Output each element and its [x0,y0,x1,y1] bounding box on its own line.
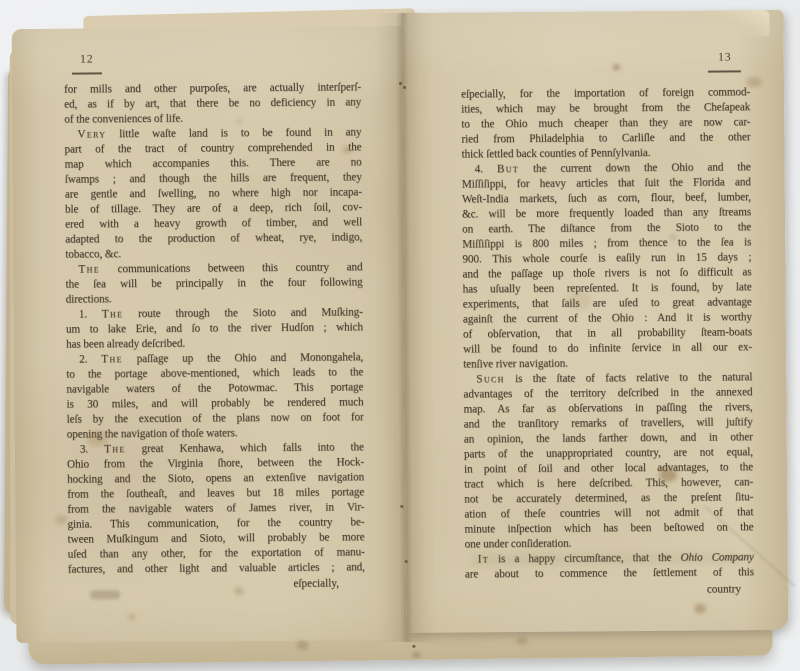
book-spread: 12 13 for mills and other purpoſes, are … [0,0,800,671]
text-column-right: eſpecially, for the importation of forei… [461,85,754,582]
text-column-left: for mills and other purpoſes, are actual… [64,80,365,577]
foxing-spot [694,604,706,614]
binding-dot [403,86,406,89]
binding-dot [405,560,408,563]
bleedthrough-mark [472,551,740,566]
foxing-spot [698,346,704,351]
text-line: ed, as if by art, that there be no defic… [64,95,361,112]
foxing-spot [516,637,527,645]
foxing-spot [566,290,592,310]
page-number-rule-left [72,72,102,74]
foxing-spot [613,64,620,70]
foxing-spot [128,614,135,620]
foxing-spot [236,119,242,124]
book-gutter [373,13,436,642]
text-line: um to lake Erie, and ſo to the river Hud… [66,320,363,337]
foxing-spot [87,430,109,446]
page-number-rule-right [708,70,741,72]
text-line: are about to commence the ſettlement of … [465,565,754,582]
foxing-spot [746,77,762,87]
text-line: leſs by the execution of the plans now o… [67,410,364,427]
page-number-right: 13 [708,51,742,63]
foxing-spot [296,641,308,650]
foxing-spot [659,468,677,482]
text-line: factures, and other light and valuable a… [68,560,365,577]
page-number-left: 12 [72,53,102,65]
binding-dot [412,645,415,648]
foxing-spot [55,515,67,525]
foxing-spot [343,146,353,153]
text-line: ried from Philadelphia to Carliſle and t… [461,130,750,147]
text-line: will be found to do infinite ſervice in … [463,340,752,357]
scan-background: 12 13 for mills and other purpoſes, are … [0,0,800,671]
binding-dot [400,505,403,508]
foxing-spot [669,234,677,240]
page-corner-fold [697,10,769,37]
binding-dot [399,82,402,85]
foxing-spot [412,652,420,658]
foxing-spot [234,587,244,595]
text-line: minute inſpection which has been beſtowe… [464,520,753,537]
catchword-right: country [465,583,741,597]
text-line: the ſea will be principally in the four … [66,275,363,292]
text-line: adapted to the production of wheat, rye,… [65,230,362,247]
signature-smudge [90,590,120,599]
